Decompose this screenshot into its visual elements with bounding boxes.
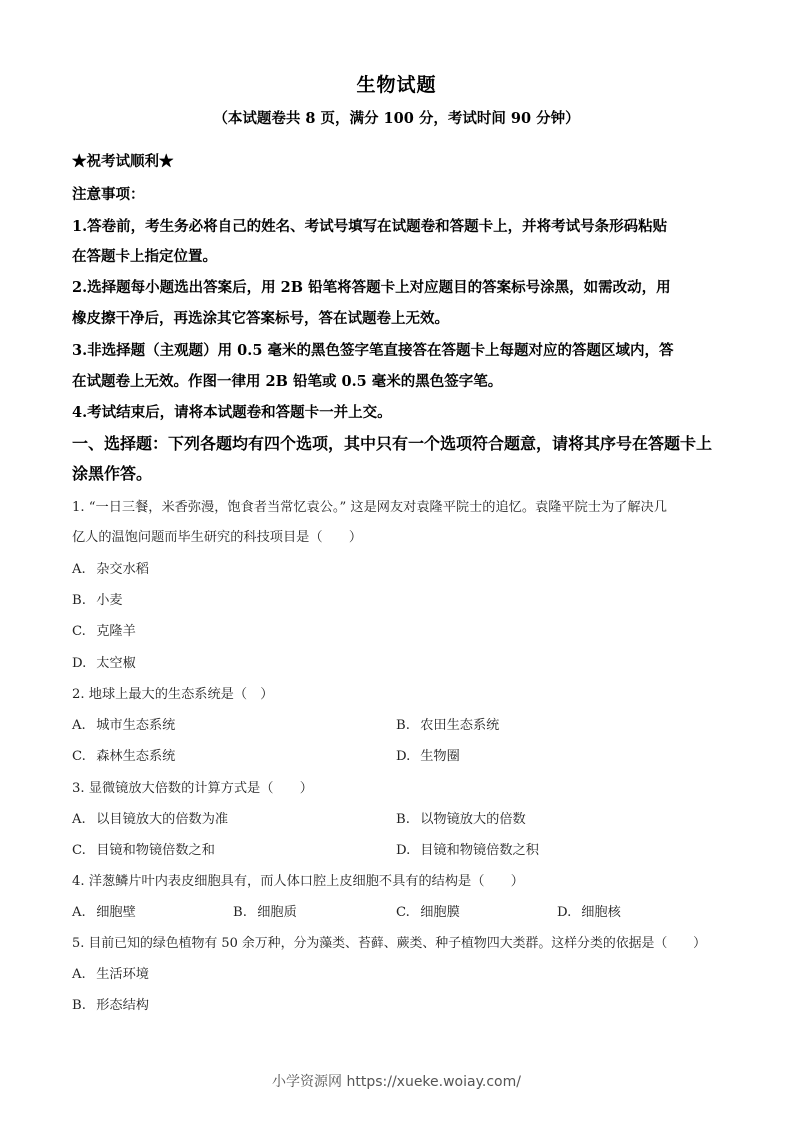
option-text: 小麦 [96, 593, 122, 608]
page-title: 生物试题 [0, 70, 793, 97]
option-a: A. 以目镜放大的倍数为准 [72, 808, 228, 827]
option-text: 克隆羊 [96, 624, 136, 639]
option-label: B. [396, 718, 416, 733]
option-text: 细胞核 [581, 905, 621, 920]
option-a: A. 城市生态系统 [72, 714, 175, 733]
option-d: D. 太空椒 [72, 652, 136, 671]
option-c: C. 克隆羊 [72, 620, 136, 639]
option-label: C. [72, 624, 92, 639]
notice-heading: 注意事项： [72, 183, 145, 204]
option-c: C. 森林生态系统 [72, 745, 175, 764]
notice-line: 橡皮擦干净后，再选涂其它答案标号，答在试题卷上无效。 [72, 307, 449, 328]
watermark-footer: 小学资源网 https://xueke.woiay.com/ [0, 1071, 793, 1091]
option-text: 生活环境 [96, 967, 149, 982]
option-label: A. [72, 967, 92, 982]
option-label: D. [557, 905, 577, 920]
option-b: B. 小麦 [72, 589, 123, 608]
option-text: 以目镜放大的倍数为准 [96, 812, 228, 827]
exam-info: （本试题卷共 8 页，满分 100 分，考试时间 90 分钟） [0, 107, 793, 128]
notice-line: 4.考试结束后，请将本试题卷和答题卡一并上交。 [72, 401, 392, 422]
option-a: A. 生活环境 [72, 963, 149, 982]
option-label: C. [396, 905, 416, 920]
notice-line: 1.答卷前，考生务必将自己的姓名、考试号填写在试题卷和答题卡上，并将考试号条形码… [72, 215, 667, 236]
notice-line: 在答题卡上指定位置。 [72, 245, 217, 266]
option-label: A. [72, 718, 92, 733]
option-label: D. [72, 656, 92, 671]
option-c: C. 细胞膜 [396, 901, 460, 920]
option-label: D. [396, 749, 416, 764]
option-text: 目镜和物镜倍数之和 [96, 843, 215, 858]
section-heading: 涂黑作答。 [72, 461, 152, 484]
option-c: C. 目镜和物镜倍数之和 [72, 839, 215, 858]
option-d: D. 细胞核 [557, 901, 621, 920]
option-b: B. 细胞质 [233, 901, 297, 920]
option-text: 形态结构 [96, 998, 149, 1013]
option-b: B. 以物镜放大的倍数 [396, 808, 526, 827]
option-a: A. 杂交水稻 [72, 558, 149, 577]
option-text: 目镜和物镜倍数之积 [420, 843, 539, 858]
option-label: D. [396, 843, 416, 858]
option-b: B. 形态结构 [72, 994, 149, 1013]
option-label: B. [396, 812, 416, 827]
option-text: 农田生态系统 [420, 718, 499, 733]
option-text: 太空椒 [96, 656, 136, 671]
notice-line: 在试题卷上无效。作图一律用 2B 铅笔或 0.5 毫米的黑色签字笔。 [72, 370, 502, 391]
option-label: B. [233, 905, 253, 920]
option-text: 细胞质 [257, 905, 297, 920]
question-stem: 5. 目前已知的绿色植物有 50 余万种，分为藻类、苔藓、蕨类、种子植物四大类群… [72, 932, 706, 951]
question-stem: 4. 洋葱鳞片叶内表皮细胞具有，而人体口腔上皮细胞不具有的结构是（ ） [72, 870, 524, 889]
option-label: C. [72, 749, 92, 764]
option-b: B. 农田生态系统 [396, 714, 499, 733]
notice-line: 3.非选择题（主观题）用 0.5 毫米的黑色签字笔直接答在答题卡上每题对应的答题… [72, 339, 673, 360]
notice-line: 2.选择题每小题选出答案后，用 2B 铅笔将答题卡上对应题目的答案标号涂黑，如需… [72, 276, 671, 297]
question-stem: 1. “一日三餐，米香弥漫，饱食者当常忆袁公。” 这是网友对袁隆平院士的追忆。袁… [72, 496, 667, 515]
option-d: D. 目镜和物镜倍数之积 [396, 839, 539, 858]
section-heading: 一、选择题：下列各题均有四个选项，其中只有一个选项符合题意，请将其序号在答题卡上 [72, 431, 712, 454]
option-text: 城市生态系统 [96, 718, 175, 733]
exam-page: 生物试题 （本试题卷共 8 页，满分 100 分，考试时间 90 分钟） ★祝考… [0, 0, 793, 1122]
option-label: A. [72, 562, 92, 577]
question-stem: 亿人的温饱问题而毕生研究的科技项目是（ ） [72, 526, 362, 545]
greeting: ★祝考试顺利★ [72, 150, 174, 171]
option-text: 生物圈 [420, 749, 460, 764]
question-stem: 3. 显微镜放大倍数的计算方式是（ ） [72, 777, 313, 796]
option-a: A. 细胞壁 [72, 901, 136, 920]
option-label: A. [72, 812, 92, 827]
option-label: A. [72, 905, 92, 920]
option-text: 杂交水稻 [96, 562, 149, 577]
option-text: 细胞壁 [96, 905, 136, 920]
option-text: 以物镜放大的倍数 [420, 812, 526, 827]
option-label: B. [72, 593, 92, 608]
option-text: 细胞膜 [420, 905, 460, 920]
question-stem: 2. 地球上最大的生态系统是（ ） [72, 683, 273, 702]
option-label: B. [72, 998, 92, 1013]
option-d: D. 生物圈 [396, 745, 460, 764]
option-label: C. [72, 843, 92, 858]
option-text: 森林生态系统 [96, 749, 175, 764]
